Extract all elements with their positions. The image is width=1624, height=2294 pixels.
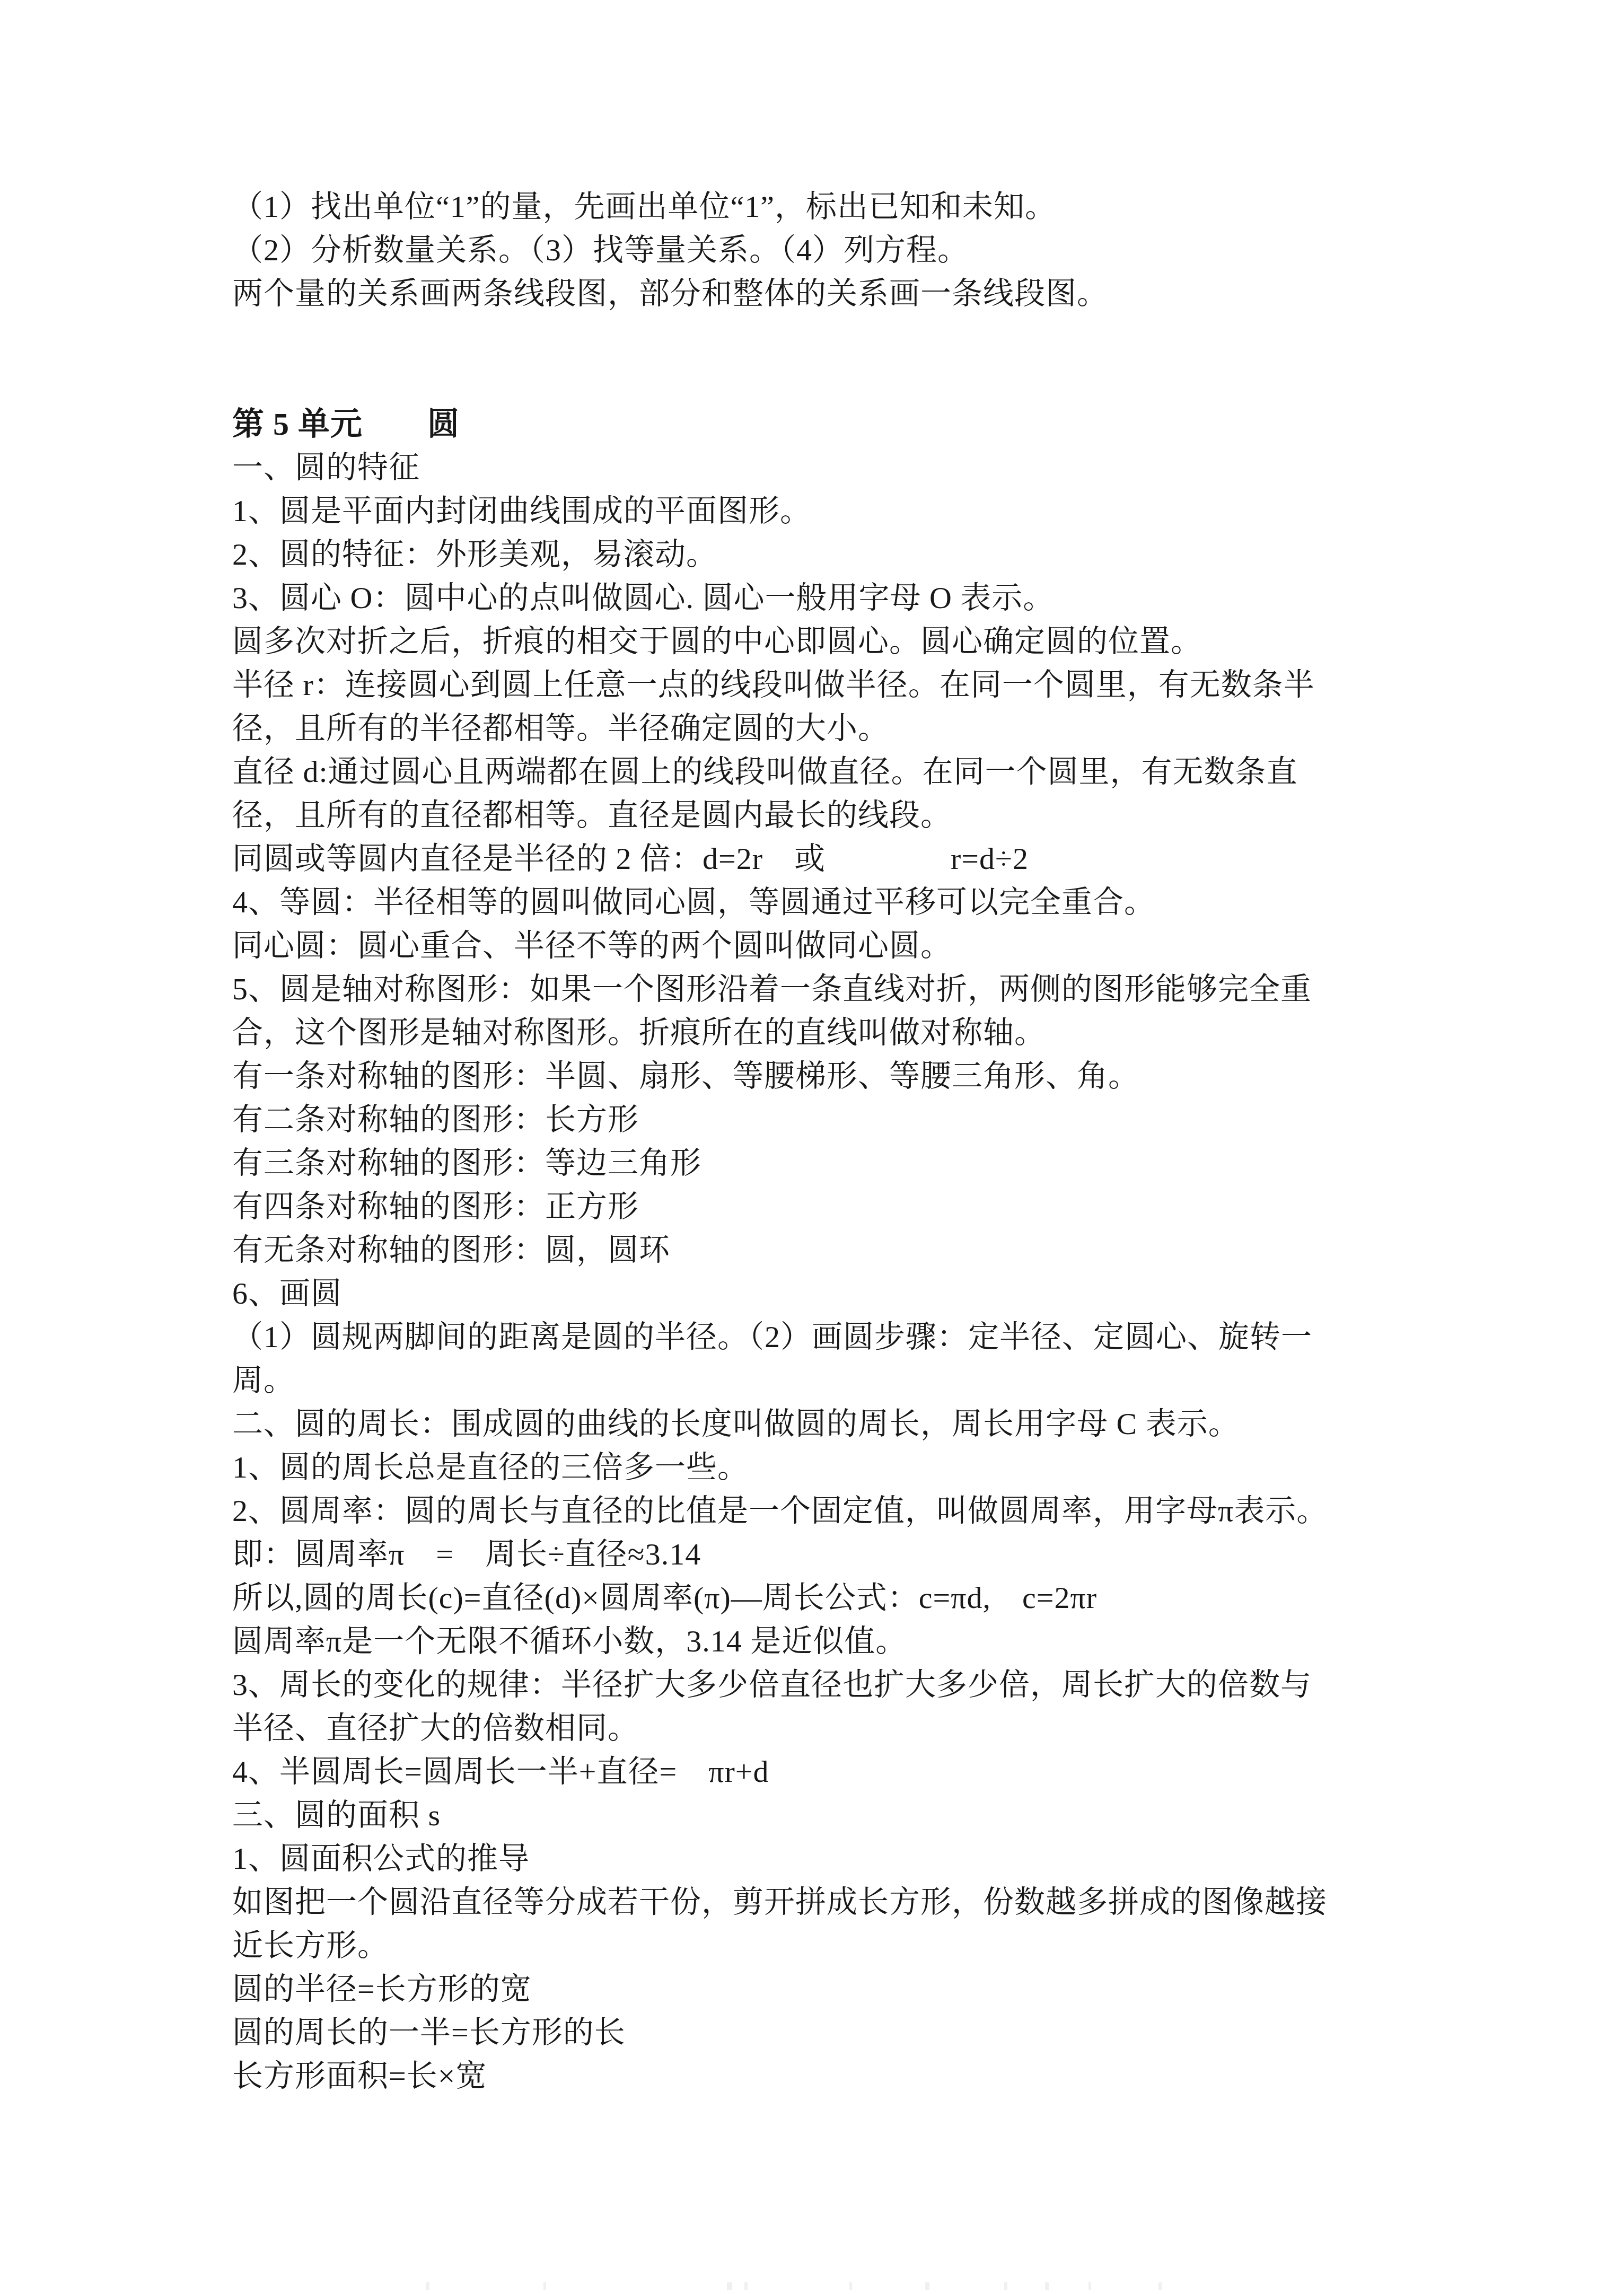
text-line: 近长方形。 — [232, 1924, 1452, 1967]
text-line: 如图把一个圆沿直径等分成若干份，剪开拼成长方形，份数越多拼成的图像越接 — [232, 1880, 1452, 1924]
text-line: 半径 r：连接圆心到圆上任意一点的线段叫做半径。在同一个圆里，有无数条半 — [232, 663, 1452, 707]
formula-line: 4、半圆周长=圆周长一半+直径= πr+d — [232, 1750, 1452, 1794]
text-line: 有二条对称轴的图形：长方形 — [232, 1098, 1452, 1141]
text-line: 径，且所有的直径都相等。直径是圆内最长的线段。 — [232, 794, 1452, 837]
unit-title: 第 5 单元 圆 — [232, 402, 1452, 446]
text-line: 有无条对称轴的图形：圆，圆环 — [232, 1228, 1452, 1272]
text-line: 同心圆：圆心重合、半径不等的两个圆叫做同心圆。 — [232, 924, 1452, 968]
text-line: 3、周长的变化的规律：半径扩大多少倍直径也扩大多少倍，周长扩大的倍数与 — [232, 1663, 1452, 1707]
text-line: （2）分析数量关系。（3）找等量关系。（4）列方程。 — [232, 228, 1452, 272]
text-line: 有四条对称轴的图形：正方形 — [232, 1185, 1452, 1228]
text-line: （1）圆规两脚间的距离是圆的半径。（2）画圆步骤：定半径、定圆心、旋转一 — [232, 1315, 1452, 1359]
text-line: 6、画圆 — [232, 1272, 1452, 1315]
text-line: 有一条对称轴的图形：半圆、扇形、等腰梯形、等腰三角形、角。 — [232, 1054, 1452, 1098]
formula-line: 所以,圆的周长(c)=直径(d)×圆周率(π)—周长公式：c=πd, c=2πr — [232, 1576, 1452, 1620]
section-heading: 三、圆的面积 s — [232, 1794, 1452, 1837]
text-line: 圆周率π是一个无限不循环小数，3.14 是近似值。 — [232, 1620, 1452, 1663]
blank-line — [232, 315, 1452, 359]
text-line: 1、圆是平面内封闭曲线围成的平面图形。 — [232, 489, 1452, 533]
text-line: 两个量的关系画两条线段图，部分和整体的关系画一条线段图。 — [232, 272, 1452, 315]
text-line: 周。 — [232, 1359, 1452, 1402]
formula-line: 同圆或等圆内直径是半径的 2 倍：d=2r 或 r=d÷2 — [232, 837, 1452, 881]
text-line: 有三条对称轴的图形：等边三角形 — [232, 1141, 1452, 1185]
section-heading: 一、圆的特征 — [232, 446, 1452, 489]
text-line: 5、圆是轴对称图形：如果一个图形沿着一条直线对折，两侧的图形能够完全重 — [232, 968, 1452, 1011]
section-heading: 二、圆的周长：围成圆的曲线的长度叫做圆的周长，周长用字母 C 表示。 — [232, 1402, 1452, 1446]
text-line: 合，这个图形是轴对称图形。折痕所在的直线叫做对称轴。 — [232, 1011, 1452, 1054]
formula-line: 圆的周长的一半=长方形的长 — [232, 2011, 1452, 2054]
blank-line — [232, 359, 1452, 402]
text-line: 3、圆心 O：圆中心的点叫做圆心. 圆心一般用字母 O 表示。 — [232, 576, 1452, 620]
text-line: （1）找出单位“1”的量，先画出单位“1”，标出已知和未知。 — [232, 185, 1452, 228]
text-block: （1）找出单位“1”的量，先画出单位“1”，标出已知和未知。 （2）分析数量关系… — [232, 185, 1452, 2098]
document-page: （1）找出单位“1”的量，先画出单位“1”，标出已知和未知。 （2）分析数量关系… — [0, 0, 1624, 2294]
text-line: 2、圆的特征：外形美观，易滚动。 — [232, 533, 1452, 576]
text-line: 圆多次对折之后，折痕的相交于圆的中心即圆心。圆心确定圆的位置。 — [232, 620, 1452, 663]
text-line: 1、圆的周长总是直径的三倍多一些。 — [232, 1446, 1452, 1489]
text-line: 4、等圆：半径相等的圆叫做同心圆，等圆通过平移可以完全重合。 — [232, 881, 1452, 924]
text-line: 2、圆周率：圆的周长与直径的比值是一个固定值，叫做圆周率，用字母π表示。 — [232, 1489, 1452, 1533]
text-line: 半径、直径扩大的倍数相同。 — [232, 1707, 1452, 1750]
formula-line: 即：圆周率π = 周长÷直径≈3.14 — [232, 1533, 1452, 1576]
text-line: 直径 d:通过圆心且两端都在圆上的线段叫做直径。在同一个圆里，有无数条直 — [232, 750, 1452, 794]
text-line: 径，且所有的半径都相等。半径确定圆的大小。 — [232, 707, 1452, 750]
formula-line: 圆的半径=长方形的宽 — [232, 1967, 1452, 2011]
cutoff-text-artifact — [0, 2282, 1624, 2294]
formula-line: 长方形面积=长×宽 — [232, 2054, 1452, 2098]
text-line: 1、圆面积公式的推导 — [232, 1837, 1452, 1880]
